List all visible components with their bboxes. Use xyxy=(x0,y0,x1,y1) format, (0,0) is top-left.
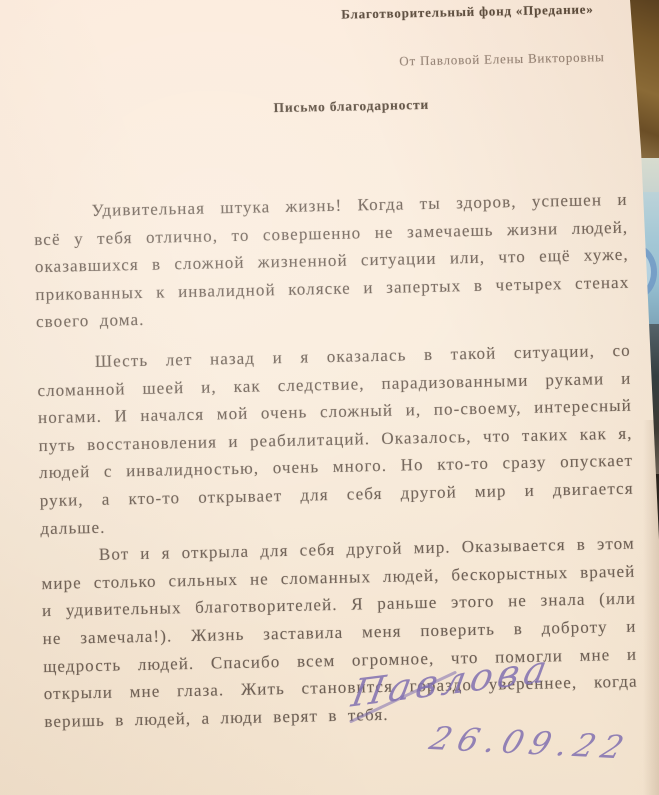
sender-line: От Павловой Елены Викторовны xyxy=(399,49,605,69)
photo-of-letter: Благотворительный фонд «Предание» От Пав… xyxy=(0,0,659,795)
paragraph: Шесть лет назад и я оказалась в такой си… xyxy=(37,337,635,543)
handwritten-date: 26.09.22 xyxy=(425,719,635,766)
paragraph: Удивительная штука жизнь! Когда ты здоро… xyxy=(33,186,630,336)
letter-sheet: Благотворительный фонд «Предание» От Пав… xyxy=(0,0,659,795)
letter-content: Благотворительный фонд «Предание» От Пав… xyxy=(0,0,659,795)
letter-title: Письмо благодарности xyxy=(273,97,429,116)
paragraph: Вот и я открыла для себя другой мир. Ока… xyxy=(41,530,639,736)
recipient-line: Благотворительный фонд «Предание» xyxy=(341,1,594,22)
